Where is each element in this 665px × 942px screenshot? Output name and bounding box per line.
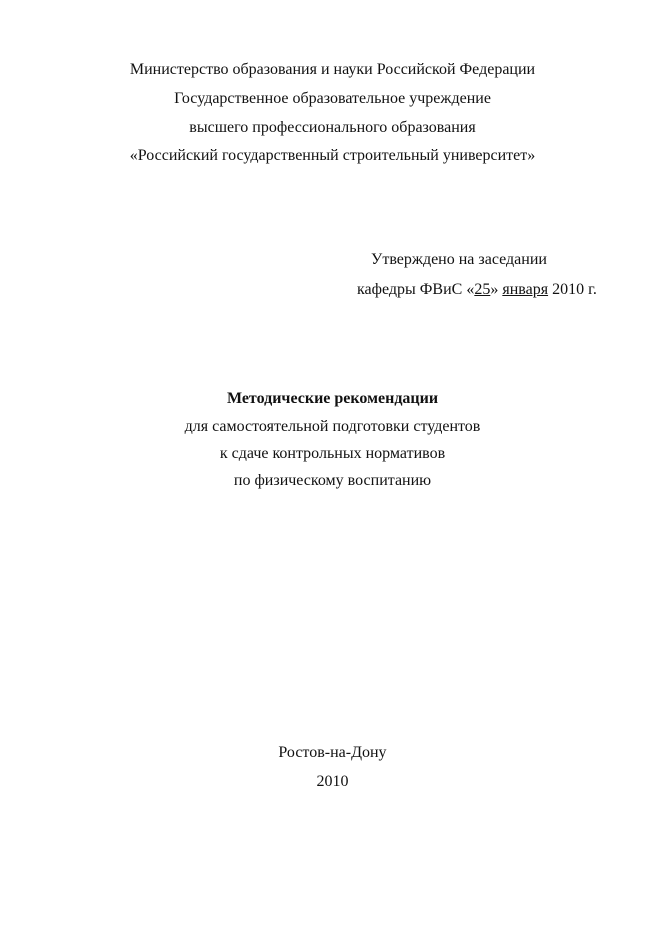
- ministry-line: Министерство образования и науки Российс…: [0, 60, 665, 80]
- approval-month: января: [502, 281, 548, 298]
- approval-year: 2010 г.: [548, 281, 597, 298]
- approval-quote-close: »: [490, 281, 502, 298]
- approval-day: 25: [474, 281, 490, 298]
- subtitle-line-2: к сдаче контрольных нормативов: [0, 444, 665, 464]
- approval-department: кафедры ФВиС «: [357, 281, 474, 298]
- approval-date-line: кафедры ФВиС «25» января 2010 г.: [357, 280, 597, 300]
- university-name-line: «Российский государственный строительный…: [0, 146, 665, 166]
- year: 2010: [0, 772, 665, 792]
- subtitle-line-3: по физическому воспитанию: [0, 471, 665, 491]
- institution-type-line: Государственное образовательное учрежден…: [0, 89, 665, 109]
- document-page: Министерство образования и науки Российс…: [0, 0, 665, 942]
- document-title: Методические рекомендации: [0, 389, 665, 409]
- city: Ростов-на-Дону: [0, 743, 665, 763]
- education-level-line: высшего профессионального образования: [0, 118, 665, 138]
- approval-line: Утверждено на заседании: [371, 250, 547, 270]
- subtitle-line-1: для самостоятельной подготовки студентов: [0, 417, 665, 437]
